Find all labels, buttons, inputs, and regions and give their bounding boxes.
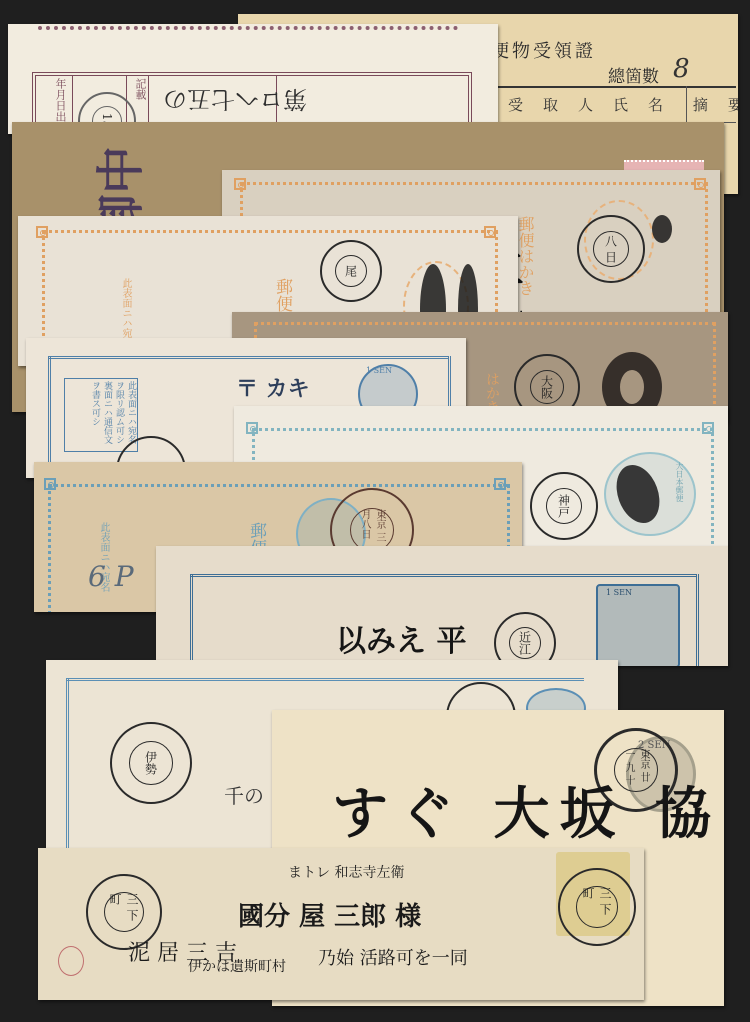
postmark-kobe: 神戸 bbox=[530, 472, 598, 540]
frame-corner-ornament bbox=[234, 178, 246, 190]
red-stamp-edge bbox=[624, 160, 704, 170]
ledger-count-label: 總箇數 bbox=[608, 62, 659, 88]
frame-corner-ornament bbox=[494, 478, 506, 490]
card-handwriting: 以みえ 平 bbox=[336, 616, 466, 660]
ribbon-border-top bbox=[66, 678, 584, 681]
registered-receipt-card: 年月日出差 記載 第ロヘ七五の 15 bbox=[8, 24, 498, 134]
pencil-note: 6 P bbox=[88, 560, 134, 593]
frame-corner-ornament bbox=[484, 226, 496, 238]
perforation-edge bbox=[38, 26, 458, 30]
blue-ribbon-postal-card-2: 1 SEN 近江 以みえ 平 bbox=[156, 546, 728, 666]
ribbon-border-left bbox=[190, 574, 193, 666]
receipt-serial: 第ロヘ七五の bbox=[163, 84, 307, 119]
postmark-ise: 伊勢 bbox=[110, 722, 192, 804]
address-line-1: まトレ 和志寺左衛 bbox=[288, 862, 404, 882]
card-handwriting: 〒 カキ bbox=[236, 372, 310, 403]
envelope-handwriting: すぐ 大坂 協 bbox=[332, 770, 721, 850]
receipt-note-label: 記載 bbox=[132, 78, 148, 100]
ledger-rule bbox=[496, 86, 736, 88]
card-handwriting: 千の bbox=[224, 780, 264, 809]
stamp-value: 1 SEN bbox=[606, 588, 632, 597]
ledger-columns: 受 取 人 氏 名 摘 要 bbox=[508, 94, 738, 115]
stamp-inscription: 大日本郵便 bbox=[674, 462, 685, 502]
frame-corner-ornament bbox=[702, 422, 714, 434]
red-seal bbox=[58, 946, 84, 976]
postmark: 八 日 bbox=[577, 215, 645, 283]
address-line-2: 國分 屋 三郎 様 bbox=[238, 896, 421, 933]
stamp-value: 1 SEN bbox=[366, 366, 392, 375]
postmark-right: 三 下町 bbox=[558, 868, 636, 946]
frame-corner-ornament bbox=[44, 478, 56, 490]
letter-wrapper-yellow-stamp: 三 下町 三 下町 まトレ 和志寺左衛 國分 屋 三郎 様 乃始 活路可を一同 … bbox=[38, 848, 644, 1000]
address-line-3: 乃始 活路可を一同 bbox=[318, 944, 468, 970]
instruction-box: 此表面ニハ宛名ヲ限リ認ム可シ裏面ニハ通信文ヲ書ス可シ bbox=[64, 378, 138, 452]
ribbon-border-left bbox=[66, 678, 69, 850]
ribbon-border-left bbox=[48, 356, 51, 478]
ledger-count-value: 8 bbox=[673, 54, 690, 84]
address-line-5: 泥 居 三 吉 bbox=[128, 936, 237, 967]
postmark: 尾 bbox=[320, 240, 382, 302]
frame-corner-ornament bbox=[246, 422, 258, 434]
frame-corner-ornament bbox=[694, 178, 706, 190]
postmark: 近江 bbox=[494, 612, 556, 666]
ledger-title: 便物受領證 bbox=[491, 37, 596, 63]
ribbon-border-top bbox=[190, 574, 696, 577]
ribbon-border-top bbox=[48, 356, 448, 359]
frame-corner-ornament bbox=[36, 226, 48, 238]
